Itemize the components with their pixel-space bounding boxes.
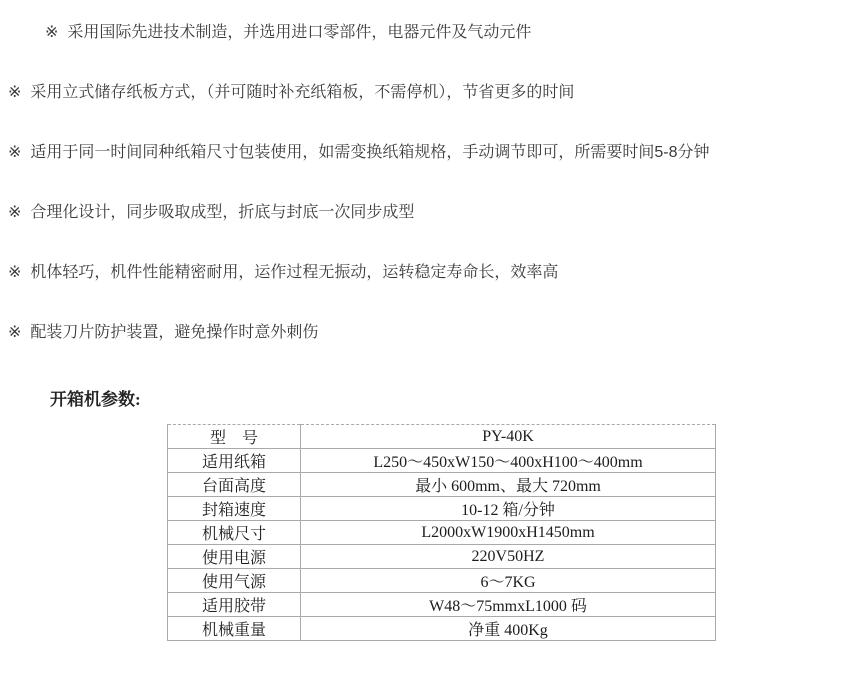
feature-text: 采用立式储存纸板方式，（并可随时补充纸箱板，不需停机），节省更多的时间 <box>30 84 574 101</box>
table-row: 机械尺寸 L2000xW1900xH1450mm <box>168 521 716 545</box>
reference-marker: ※ <box>45 24 58 41</box>
feature-item: ※采用国际先进技术制造，并选用进口零部件，电器元件及气动元件 <box>45 22 860 44</box>
param-label: 使用电源 <box>168 545 301 569</box>
param-label: 机械尺寸 <box>168 521 301 545</box>
param-value: 净重 400Kg <box>301 617 716 641</box>
table-row: 使用电源 220V50HZ <box>168 545 716 569</box>
feature-item: ※适用于同一时间同种纸箱尺寸包装使用，如需变换纸箱规格，手动调节即可，所需要时间… <box>8 142 860 164</box>
param-value: W48～75mmxL1000 码 <box>301 593 716 617</box>
table-row: 使用气源 6～7KG <box>168 569 716 593</box>
feature-text: 适用于同一时间同种纸箱尺寸包装使用，如需变换纸箱规格，手动调节即可，所需要时间5… <box>30 144 709 161</box>
reference-marker: ※ <box>8 204 21 221</box>
reference-marker: ※ <box>8 84 21 101</box>
param-label: 型 号 <box>168 425 301 449</box>
reference-marker: ※ <box>8 324 21 341</box>
feature-item: ※配装刀片防护装置，避免操作时意外刺伤 <box>8 322 860 344</box>
params-title: 开箱机参数: <box>50 389 860 411</box>
feature-text: 配装刀片防护装置，避免操作时意外刺伤 <box>30 324 318 341</box>
reference-marker: ※ <box>8 144 21 161</box>
table-row: 封箱速度 10-12 箱/分钟 <box>168 497 716 521</box>
reference-marker: ※ <box>8 264 21 281</box>
params-table: 型 号 PY-40K 适用纸箱 L250～450xW150～400xH100～4… <box>167 424 716 641</box>
table-row: 型 号 PY-40K <box>168 425 716 449</box>
param-label: 封箱速度 <box>168 497 301 521</box>
param-label: 适用胶带 <box>168 593 301 617</box>
param-value: 最小 600mm、最大 720mm <box>301 473 716 497</box>
param-value: L2000xW1900xH1450mm <box>301 521 716 545</box>
param-label: 台面高度 <box>168 473 301 497</box>
feature-text: 合理化设计，同步吸取成型，折底与封底一次同步成型 <box>30 204 414 221</box>
param-label: 适用纸箱 <box>168 449 301 473</box>
table-row: 机械重量 净重 400Kg <box>168 617 716 641</box>
feature-item: ※合理化设计，同步吸取成型，折底与封底一次同步成型 <box>8 202 860 224</box>
param-value: L250～450xW150～400xH100～400mm <box>301 449 716 473</box>
param-label: 使用气源 <box>168 569 301 593</box>
param-value: PY-40K <box>301 425 716 449</box>
table-row: 适用胶带 W48～75mmxL1000 码 <box>168 593 716 617</box>
table-row: 适用纸箱 L250～450xW150～400xH100～400mm <box>168 449 716 473</box>
param-value: 6～7KG <box>301 569 716 593</box>
table-row: 台面高度 最小 600mm、最大 720mm <box>168 473 716 497</box>
param-label: 机械重量 <box>168 617 301 641</box>
feature-item: ※机体轻巧，机件性能精密耐用，运作过程无振动，运转稳定寿命长，效率高 <box>8 262 860 284</box>
param-value: 10-12 箱/分钟 <box>301 497 716 521</box>
feature-text: 机体轻巧，机件性能精密耐用，运作过程无振动，运转稳定寿命长，效率高 <box>30 264 558 281</box>
param-value: 220V50HZ <box>301 545 716 569</box>
feature-text: 采用国际先进技术制造，并选用进口零部件，电器元件及气动元件 <box>67 24 531 41</box>
feature-list: ※采用国际先进技术制造，并选用进口零部件，电器元件及气动元件 ※采用立式储存纸板… <box>0 0 860 344</box>
page: ※采用国际先进技术制造，并选用进口零部件，电器元件及气动元件 ※采用立式储存纸板… <box>0 0 860 681</box>
feature-item: ※采用立式储存纸板方式，（并可随时补充纸箱板，不需停机），节省更多的时间 <box>8 82 860 104</box>
